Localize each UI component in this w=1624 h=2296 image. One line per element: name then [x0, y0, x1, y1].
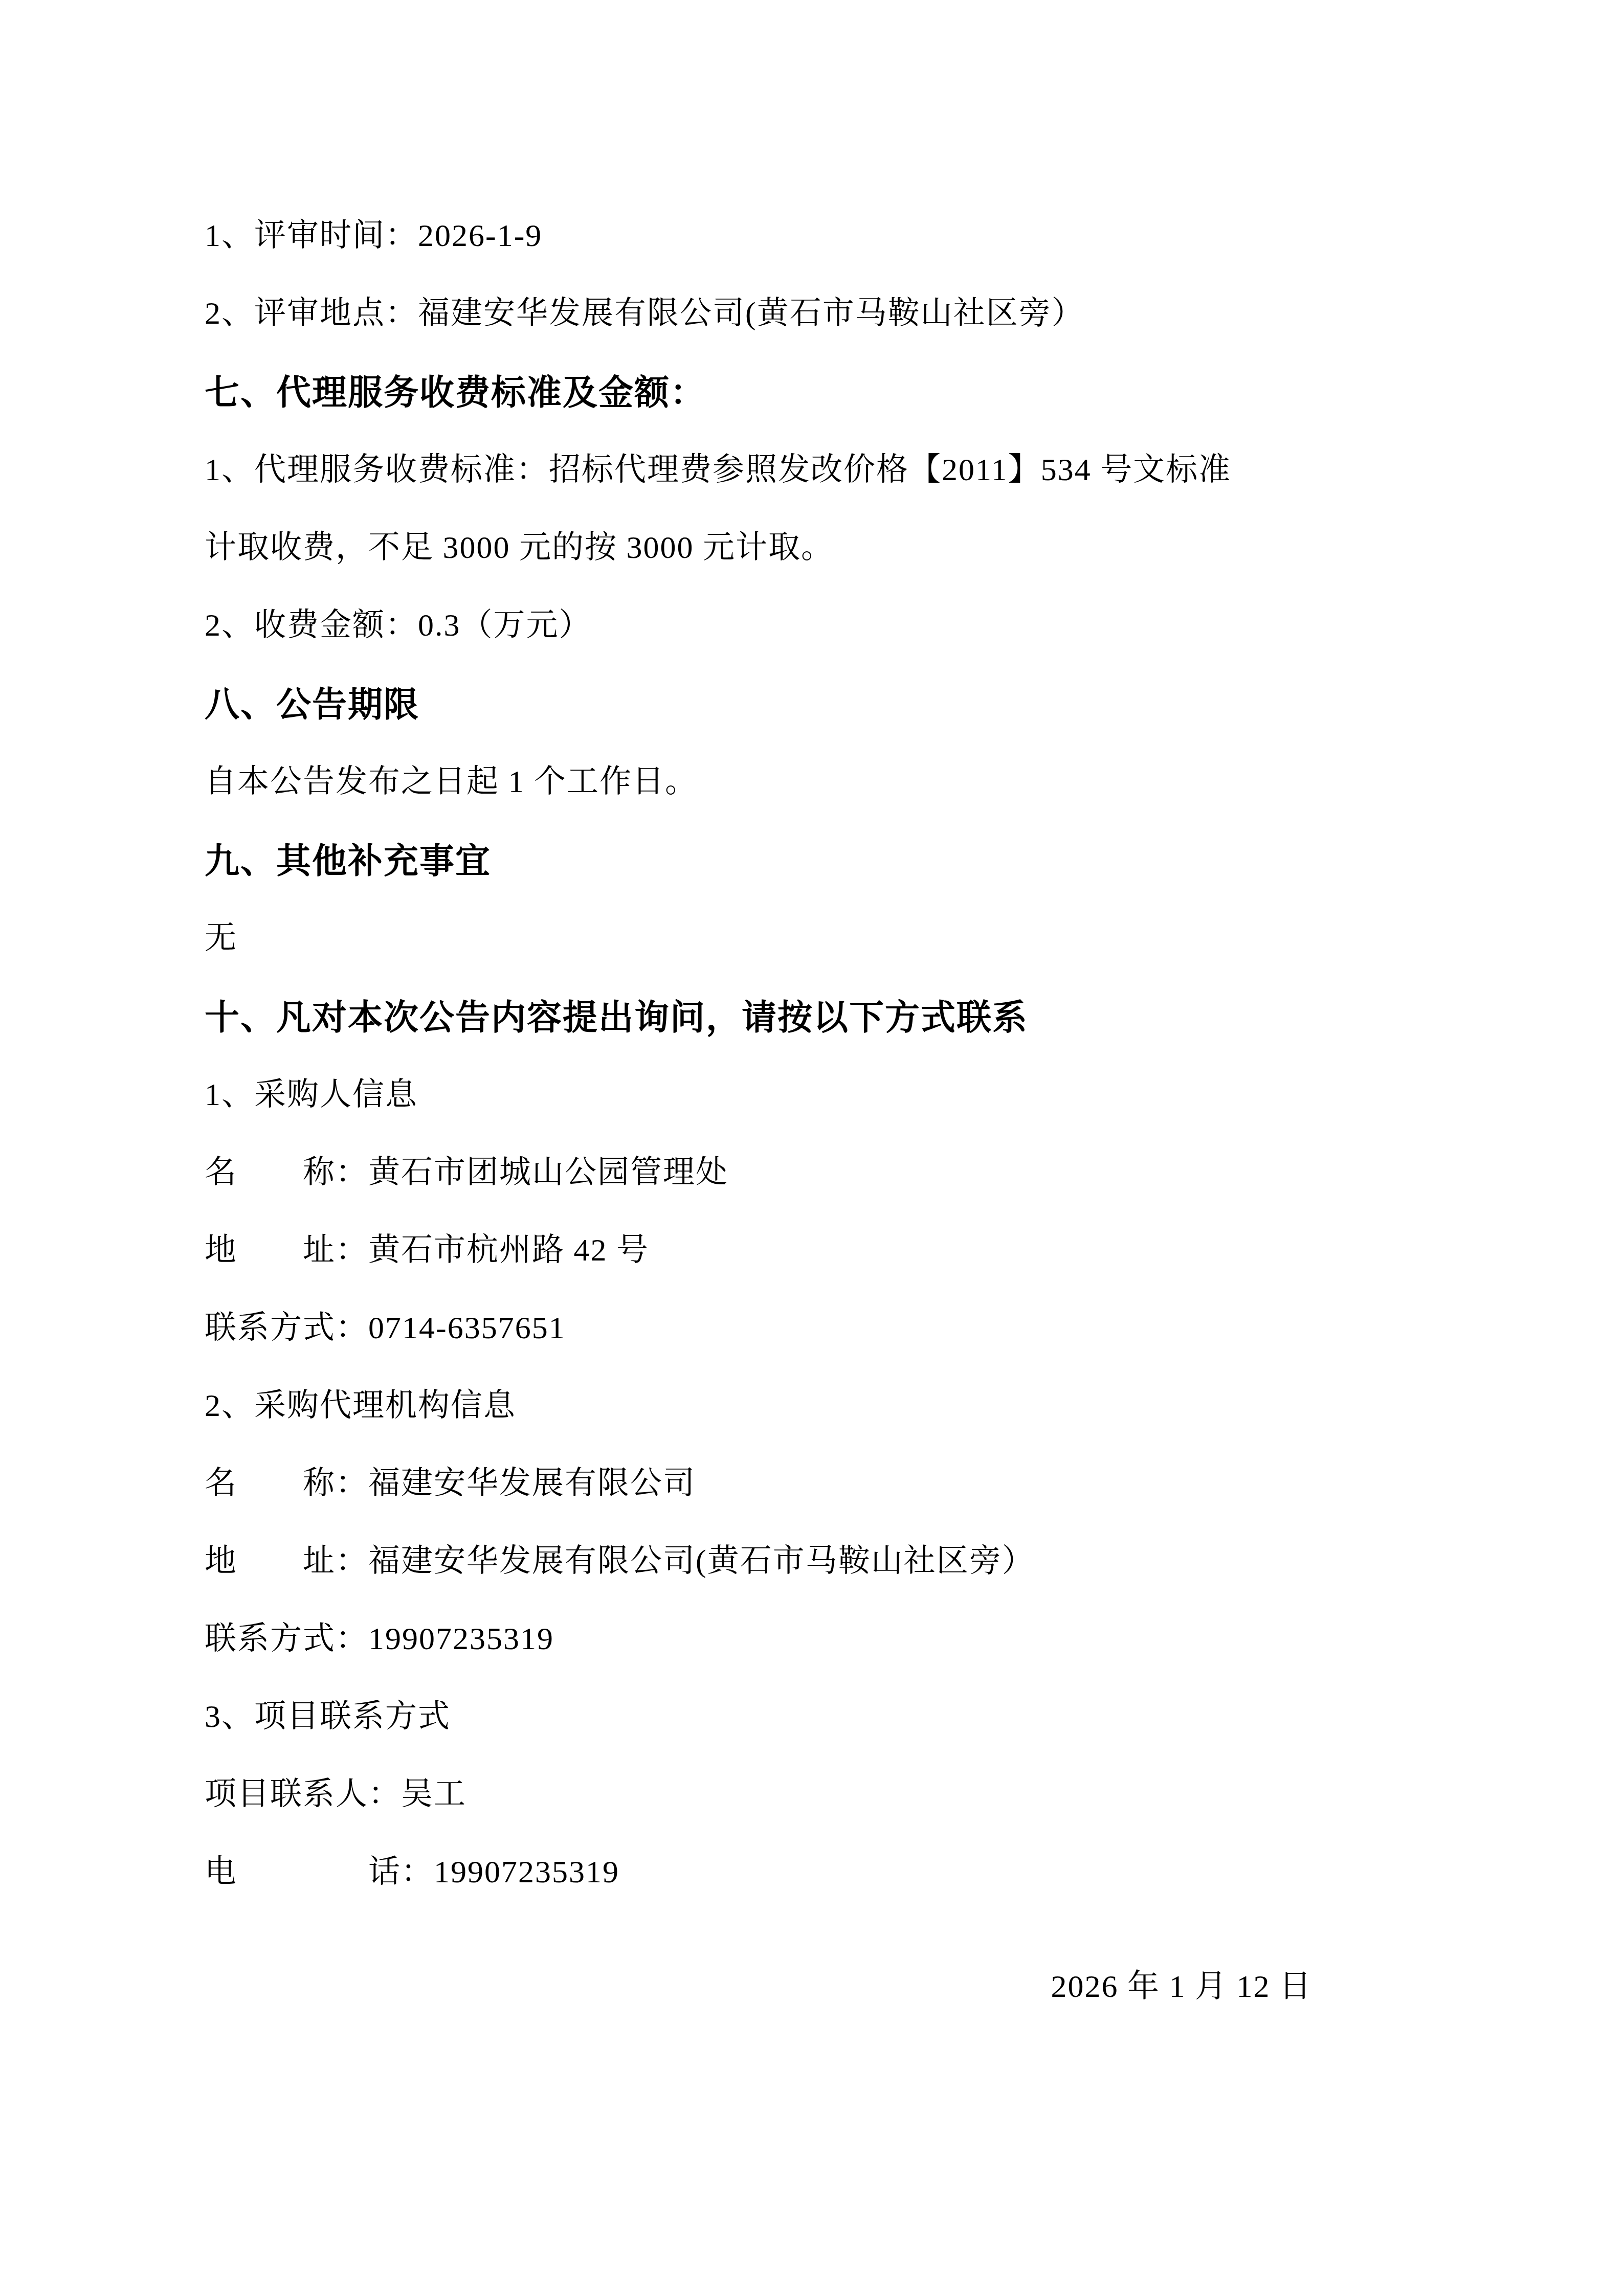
- line-fee-standard-part1: 1、代理服务收费标准：招标代理费参照发改价格【2011】534 号文标准: [205, 453, 1430, 487]
- line-review-time: 1、评审时间：2026-1-9: [205, 219, 1430, 253]
- line-agency-name: 名 称：福建安华发展有限公司: [205, 1467, 1430, 1500]
- line-none: 无: [205, 921, 1430, 955]
- line-project-contact-title: 3、项目联系方式: [205, 1700, 1430, 1734]
- line-agency-address: 地 址：福建安华发展有限公司(黄石市马鞍山社区旁）: [205, 1544, 1430, 1578]
- line-project-phone: 电 话：19907235319: [205, 1855, 1430, 1889]
- line-purchaser-info-title: 1、采购人信息: [205, 1078, 1430, 1112]
- line-agency-info-title: 2、采购代理机构信息: [205, 1389, 1430, 1423]
- line-review-location: 2、评审地点：福建安华发展有限公司(黄石市马鞍山社区旁）: [205, 297, 1430, 330]
- line-date: 2026 年 1 月 12 日: [205, 1970, 1430, 2004]
- heading-section-eight: 八、公告期限: [205, 686, 1430, 723]
- line-project-contact-person: 项目联系人：吴工: [205, 1777, 1430, 1811]
- line-purchaser-contact: 联系方式：0714-6357651: [205, 1311, 1430, 1345]
- document-page: 1、评审时间：2026-1-9 2、评审地点：福建安华发展有限公司(黄石市马鞍山…: [0, 0, 1624, 2296]
- line-fee-amount: 2、收费金额：0.3（万元）: [205, 609, 1430, 642]
- heading-section-nine: 九、其他补充事宜: [205, 843, 1430, 880]
- line-fee-standard-part2: 计取收费，不足 3000 元的按 3000 元计取。: [205, 531, 1430, 565]
- heading-section-ten: 十、凡对本次公告内容提出询问，请按以下方式联系: [205, 999, 1430, 1036]
- line-announcement-period: 自本公告发布之日起 1 个工作日。: [205, 765, 1430, 799]
- line-agency-contact: 联系方式：19907235319: [205, 1622, 1430, 1656]
- line-purchaser-name: 名 称：黄石市团城山公园管理处: [205, 1156, 1430, 1189]
- heading-section-seven: 七、代理服务收费标准及金额：: [205, 374, 1430, 411]
- line-purchaser-address: 地 址：黄石市杭州路 42 号: [205, 1233, 1430, 1267]
